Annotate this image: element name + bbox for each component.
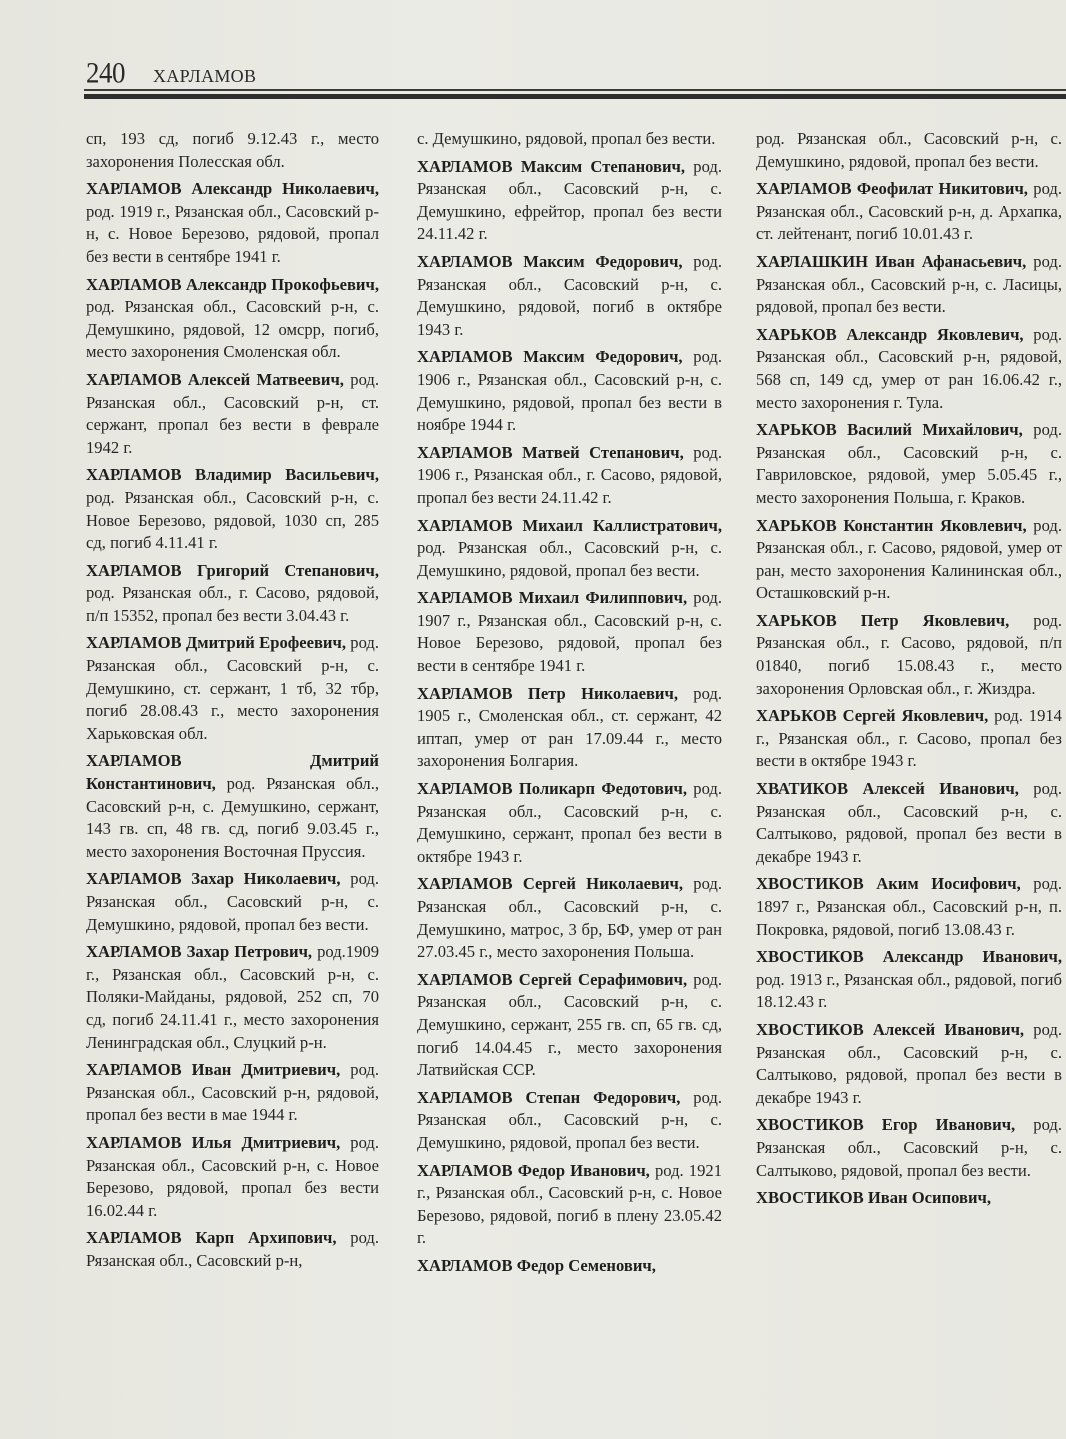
column-3: род. Рязанская обл., Сасовский р-н, с. Д… (756, 128, 1062, 1283)
register-entry: ХАРЬКОВ Сергей Яковлевич, род. 1914 г., … (756, 705, 1062, 773)
register-entry: ХАРЛАМОВ Захар Николаевич, род. Рязанска… (86, 868, 379, 936)
section-title: ХАРЛАМОВ (153, 66, 256, 87)
entry-name: ХВОСТИКОВ Алексей Иванович, (756, 1020, 1024, 1039)
register-entry: ХАРЛАМОВ Илья Дмитриевич, род. Рязанская… (86, 1132, 379, 1222)
entry-details: род. Рязанская обл., Сасовский р-н, с. Д… (417, 538, 722, 580)
header-rule-thick (84, 94, 1066, 99)
entry-details: род. Рязанская обл., Сасовский р-н, с. Н… (86, 488, 379, 552)
entry-name: ХВОСТИКОВ Александр Иванович, (756, 947, 1062, 966)
entry-name: ХАРЛАМОВ Федор Семенович, (417, 1256, 656, 1275)
register-entry: ХВОСТИКОВ Иван Осипович, (756, 1187, 1062, 1210)
register-entry: ХАРЬКОВ Василий Михайлович, род. Рязанск… (756, 419, 1062, 509)
entry-name: ХАРЛАМОВ Михаил Каллистратович, (417, 516, 722, 535)
register-entry: ХАРЬКОВ Константин Яковлевич, род. Рязан… (756, 515, 1062, 605)
entry-details: род. Рязанская обл., г. Сасово, рядовой,… (86, 583, 379, 625)
register-entry: ХАРЛАМОВ Поликарп Федотович, род. Рязанс… (417, 778, 722, 868)
text-columns: сп, 193 сд, погиб 9.12.43 г., место захо… (86, 128, 1066, 1283)
register-entry: ХВОСТИКОВ Алексей Иванович, род. Рязанск… (756, 1019, 1062, 1109)
entry-name: ХАРЛАМОВ Матвей Степанович, (417, 443, 684, 462)
entry-name: ХАРЛАМОВ Дмитрий Ерофеевич, (86, 633, 346, 652)
entry-details: род. 1919 г., Рязанская обл., Сасовский … (86, 202, 379, 266)
entry-name: ХАРЛАМОВ Феофилат Никитович, (756, 179, 1028, 198)
register-entry: ХАРЛАМОВ Федор Семенович, (417, 1255, 722, 1278)
register-entry: ХАРЛАМОВ Петр Николаевич, род. 1905 г., … (417, 683, 722, 773)
register-entry: ХАРЛАМОВ Александр Прокофьевич, род. Ряз… (86, 274, 379, 364)
entry-details: род. Рязанская обл., Сасовский р-н, с. Д… (86, 297, 379, 361)
column-1: сп, 193 сд, погиб 9.12.43 г., место захо… (86, 128, 379, 1283)
register-entry: ХАРЛАМОВ Дмитрий Ерофеевич, род. Рязанск… (86, 632, 379, 745)
entry-name: ХАРЛАМОВ Максим Федорович, (417, 347, 683, 366)
entry-name: ХАРЛАМОВ Александр Прокофьевич, (86, 275, 379, 294)
entry-details: род. 1913 г., Рязанская обл., рядовой, п… (756, 970, 1062, 1012)
register-entry: ХАРЬКОВ Петр Яковлевич, род. Рязанская о… (756, 610, 1062, 700)
register-entry: ХАРЛАМОВ Григорий Степанович, род. Рязан… (86, 560, 379, 628)
entry-name: ХАРЛАМОВ Максим Степанович, (417, 157, 685, 176)
entry-name: ХВОСТИКОВ Аким Иосифович, (756, 874, 1021, 893)
entry-name: ХАРЛАМОВ Илья Дмитриевич, (86, 1133, 340, 1152)
entry-name: ХАРЛАМОВ Александр Николаевич, (86, 179, 379, 198)
register-entry: ХАРЛАМОВ Иван Дмитриевич, род. Рязанская… (86, 1059, 379, 1127)
register-entry: ХАРЛАМОВ Дмитрий Константинович, род. Ря… (86, 750, 379, 863)
register-entry: ХАРЛАМОВ Матвей Степанович, род. 1906 г.… (417, 442, 722, 510)
entry-name: ХАРЛАШКИН Иван Афанасьевич, (756, 252, 1026, 271)
entry-name: ХАРЬКОВ Сергей Яковлевич, (756, 706, 988, 725)
register-entry: ХАРЛАМОВ Феофилат Никитович, род. Рязанс… (756, 178, 1062, 246)
running-head: 240 ХАРЛАМОВ (86, 58, 256, 90)
entry-name: ХВОСТИКОВ Иван Осипович, (756, 1188, 991, 1207)
register-entry: ХАРЛАМОВ Владимир Васильевич, род. Рязан… (86, 464, 379, 554)
entry-name: ХАРЛАМОВ Карп Архипович, (86, 1228, 337, 1247)
register-entry: ХАРЛАМОВ Максим Степанович, род. Рязанск… (417, 156, 722, 246)
register-entry: ХАРЛАМОВ Степан Федорович, род. Рязанска… (417, 1087, 722, 1155)
entry-name: ХАРЛАМОВ Поликарп Федотович, (417, 779, 687, 798)
entry-name: ХАРЬКОВ Александр Яковлевич, (756, 325, 1024, 344)
page-number: 240 (86, 57, 125, 90)
register-entry: ХАРЛАМОВ Максим Федорович, род. 1906 г.,… (417, 346, 722, 436)
entry-name: ХАРЛАМОВ Сергей Серафимович, (417, 970, 687, 989)
header-rule-thin (84, 89, 1066, 91)
register-entry: ХАРЛАМОВ Федор Иванович, род. 1921 г., Р… (417, 1160, 722, 1250)
column-2: с. Демушкино, рядовой, пропал без вести.… (417, 128, 722, 1283)
register-entry: ХВОСТИКОВ Егор Иванович, род. Рязанская … (756, 1114, 1062, 1182)
continuation-text: род. Рязанская обл., Сасовский р-н, с. Д… (756, 128, 1062, 173)
register-entry: ХВОСТИКОВ Александр Иванович, род. 1913 … (756, 946, 1062, 1014)
register-entry: ХАРЛАМОВ Алексей Матвеевич, род. Рязанск… (86, 369, 379, 459)
entry-name: ХАРЬКОВ Василий Михайлович, (756, 420, 1023, 439)
register-entry: ХАРЛАМОВ Карп Архипович, род. Рязанская … (86, 1227, 379, 1272)
entry-name: ХВОСТИКОВ Егор Иванович, (756, 1115, 1015, 1134)
register-entry: ХАРЛАМОВ Сергей Серафимович, род. Рязанс… (417, 969, 722, 1082)
entry-name: ХАРЛАМОВ Иван Дмитриевич, (86, 1060, 340, 1079)
register-entry: ХАРЛАМОВ Сергей Николаевич, род. Рязанск… (417, 873, 722, 963)
entry-name: ХАРЛАМОВ Захар Николаевич, (86, 869, 341, 888)
entry-name: ХАРЛАМОВ Петр Николаевич, (417, 684, 678, 703)
register-entry: ХАРЛАМОВ Михаил Филиппович, род. 1907 г.… (417, 587, 722, 677)
entry-name: ХВАТИКОВ Алексей Иванович, (756, 779, 1019, 798)
register-entry: ХАРЛАМОВ Захар Петрович, род.1909 г., Ря… (86, 941, 379, 1054)
book-page: 240 ХАРЛАМОВ сп, 193 сд, погиб 9.12.43 г… (0, 0, 1066, 1439)
register-entry: ХВАТИКОВ Алексей Иванович, род. Рязанска… (756, 778, 1062, 868)
entry-name: ХАРЬКОВ Петр Яковлевич, (756, 611, 1009, 630)
register-entry: ХАРЬКОВ Александр Яковлевич, род. Рязанс… (756, 324, 1062, 414)
continuation-text: сп, 193 сд, погиб 9.12.43 г., место захо… (86, 128, 379, 173)
register-entry: ХАРЛАМОВ Михаил Каллистратович, род. Ряз… (417, 515, 722, 583)
continuation-text: с. Демушкино, рядовой, пропал без вести. (417, 128, 722, 151)
entry-name: ХАРЛАМОВ Федор Иванович, (417, 1161, 650, 1180)
register-entry: ХАРЛАМОВ Максим Федорович, род. Рязанска… (417, 251, 722, 341)
entry-name: ХАРЛАМОВ Захар Петрович, (86, 942, 312, 961)
entry-name: ХАРЬКОВ Константин Яковлевич, (756, 516, 1027, 535)
entry-name: ХАРЛАМОВ Степан Федорович, (417, 1088, 680, 1107)
entry-name: ХАРЛАМОВ Михаил Филиппович, (417, 588, 687, 607)
entry-name: ХАРЛАМОВ Владимир Васильевич, (86, 465, 379, 484)
entry-name: ХАРЛАМОВ Сергей Николаевич, (417, 874, 683, 893)
register-entry: ХВОСТИКОВ Аким Иосифович, род. 1897 г., … (756, 873, 1062, 941)
entry-name: ХАРЛАМОВ Алексей Матвеевич, (86, 370, 344, 389)
entry-name: ХАРЛАМОВ Григорий Степанович, (86, 561, 379, 580)
entry-name: ХАРЛАМОВ Максим Федорович, (417, 252, 683, 271)
register-entry: ХАРЛАШКИН Иван Афанасьевич, род. Рязанск… (756, 251, 1062, 319)
register-entry: ХАРЛАМОВ Александр Николаевич, род. 1919… (86, 178, 379, 268)
